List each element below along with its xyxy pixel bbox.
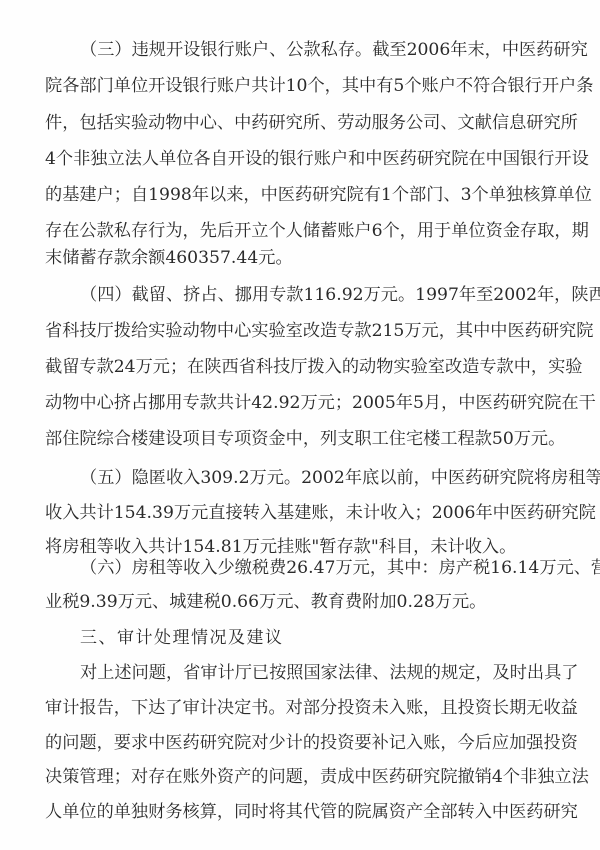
final-paragraph-line-1: 对上述问题，省审计厅已按照国家法律、法规的规定，及时出具了 [80,662,559,684]
final-paragraph-line-5: 人单位的单独财务核算，同时将其代管的院属资产全部转入中医药研究 [45,801,559,823]
section-heading: 三、审计处理情况及建议 [80,627,559,649]
paragraph-5-line-1: （五）隐匿收入309.2万元。2002年底以前，中医药研究院将房租等 [80,467,559,489]
paragraph-3-line-7: 末储蓄存款余额460357.44元。 [45,247,559,269]
paragraph-3-line-3: 件，包括实验动物中心、中药研究所、劳动服务公司、文献信息研究所 [45,112,559,134]
document-page: （三）违规开设银行账户、公款私存。截至2006年末，中医药研究 院各部门单位开设… [0,0,600,850]
paragraph-5-line-2: 收入共计154.39万元直接转入基建账，未计收入；2006年中医药研究院 [45,502,559,524]
paragraph-6-line-2: 业税9.39万元、城建税0.66万元、教育费附加0.28万元。 [45,591,559,613]
final-paragraph-line-2: 审计报告，下达了审计决定书。对部分投资未入账，且投资长期无收益 [45,697,559,719]
paragraph-4-line-3: 截留专款24万元；在陕西省科技厅拨入的动物实验室改造专款中，实验 [45,356,559,378]
paragraph-3-line-5: 的基建户；自1998年以来，中医药研究院有1个部门、3个单独核算单位 [45,184,559,206]
final-paragraph-line-4: 决策管理；对存在账外资产的问题，责成中医药研究院撤销4个非独立法 [45,766,559,788]
paragraph-4-line-2: 省科技厅拨给实验动物中心实验室改造专款215万元，其中中医药研究院 [45,320,559,342]
paragraph-5-line-3: 将房租等收入共计154.81万元挂账"暂存款"科目，未计收入。 [45,536,559,558]
paragraph-4-line-4: 动物中心挤占挪用专款共计42.92万元；2005年5月，中医药研究院在干 [45,392,559,414]
paragraph-3-line-1: （三）违规开设银行账户、公款私存。截至2006年末，中医药研究 [80,39,559,61]
paragraph-6-line-1: （六）房租等收入少缴税费26.47万元，其中：房产税16.14万元、营 [80,557,559,579]
paragraph-4-line-5: 部住院综合楼建设项目专项资金中，列支职工住宅楼工程款50万元。 [45,428,559,450]
paragraph-4-line-1: （四）截留、挤占、挪用专款116.92万元。1997年至2002年，陕西 [80,284,559,306]
final-paragraph-line-3: 的问题，要求中医药研究院对少计的投资要补记入账，今后应加强投资 [45,732,559,754]
paragraph-3-line-6: 存在公款私存行为，先后开立个人储蓄账户6个，用于单位资金存取，期 [45,220,559,242]
paragraph-3-line-2: 院各部门单位开设银行账户共计10个，其中有5个账户不符合银行开户条 [45,75,559,97]
paragraph-3-line-4: 4个非独立法人单位各自开设的银行账户和中医药研究院在中国银行开设 [45,148,559,170]
